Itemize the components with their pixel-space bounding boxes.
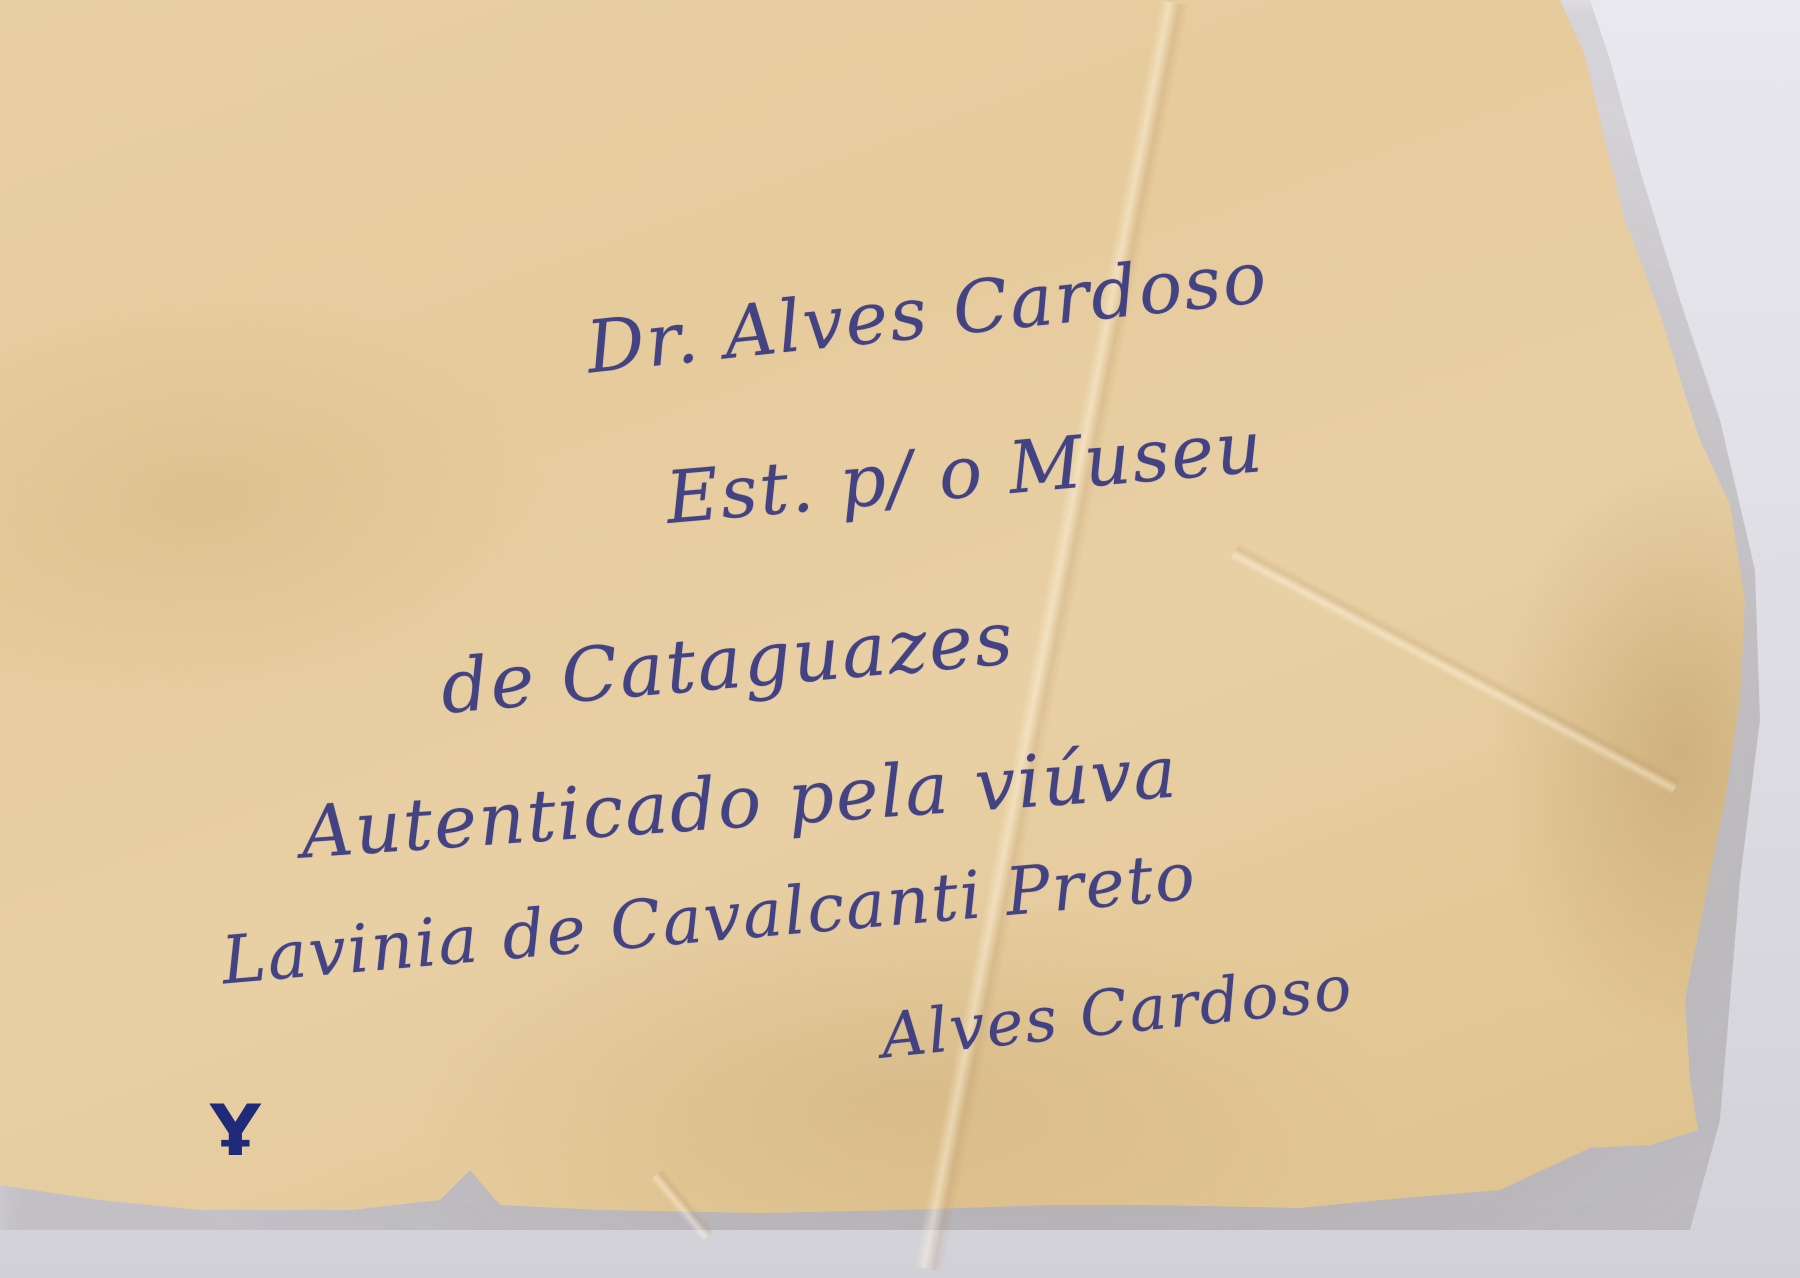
corner-mark: Ұ [210,1090,261,1172]
